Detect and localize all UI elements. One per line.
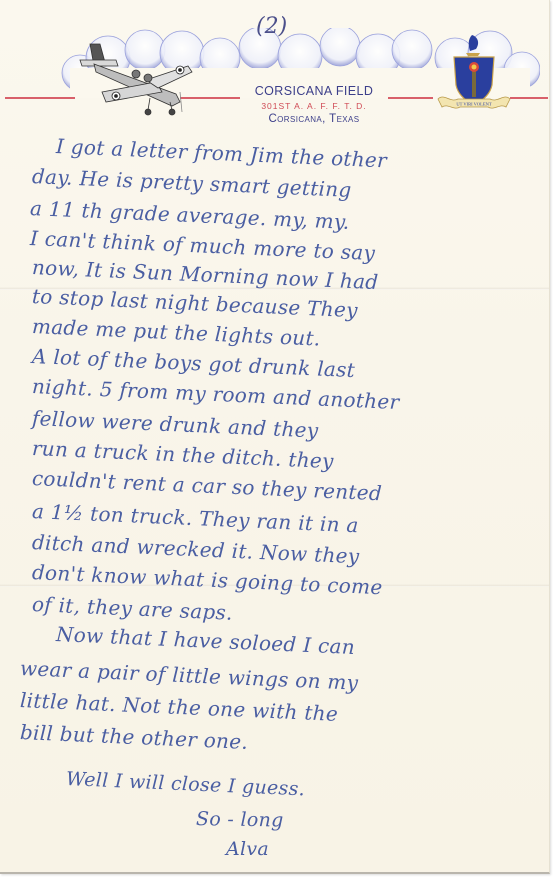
letter-closing: So - long (196, 808, 284, 832)
letter-line: Now that I have soloed I can (55, 622, 355, 659)
letter-line: bill but the other one. (19, 720, 248, 754)
crest-motto: UT VIRI VOLENT (456, 102, 491, 107)
letter-line: wear a pair of little wings on my (19, 656, 358, 695)
letterhead-rule (388, 97, 433, 99)
crest-icon: UT VIRI VOLENT (432, 33, 516, 113)
airplane-icon (76, 36, 194, 116)
letterhead-city: Corsicana, Texas (240, 113, 388, 125)
letterhead-unit: 301ST A. A. F. F. T. D. (240, 101, 388, 111)
letter-line: Well I will close I guess. (66, 768, 306, 800)
letter-line: little hat. Not the one with the (19, 688, 338, 726)
letterhead-rule (5, 97, 75, 99)
letter-page: UT VIRI VOLENT (2) CORSICANA FIELD 301ST… (0, 0, 550, 874)
page-number: (2) (256, 14, 287, 39)
letter-line: of it, they are saps. (31, 592, 233, 625)
letter-line: day. He is pretty smart getting (31, 164, 352, 202)
letter-signature: Alva (226, 838, 269, 860)
letterhead-title: CORSICANA FIELD (240, 84, 388, 98)
